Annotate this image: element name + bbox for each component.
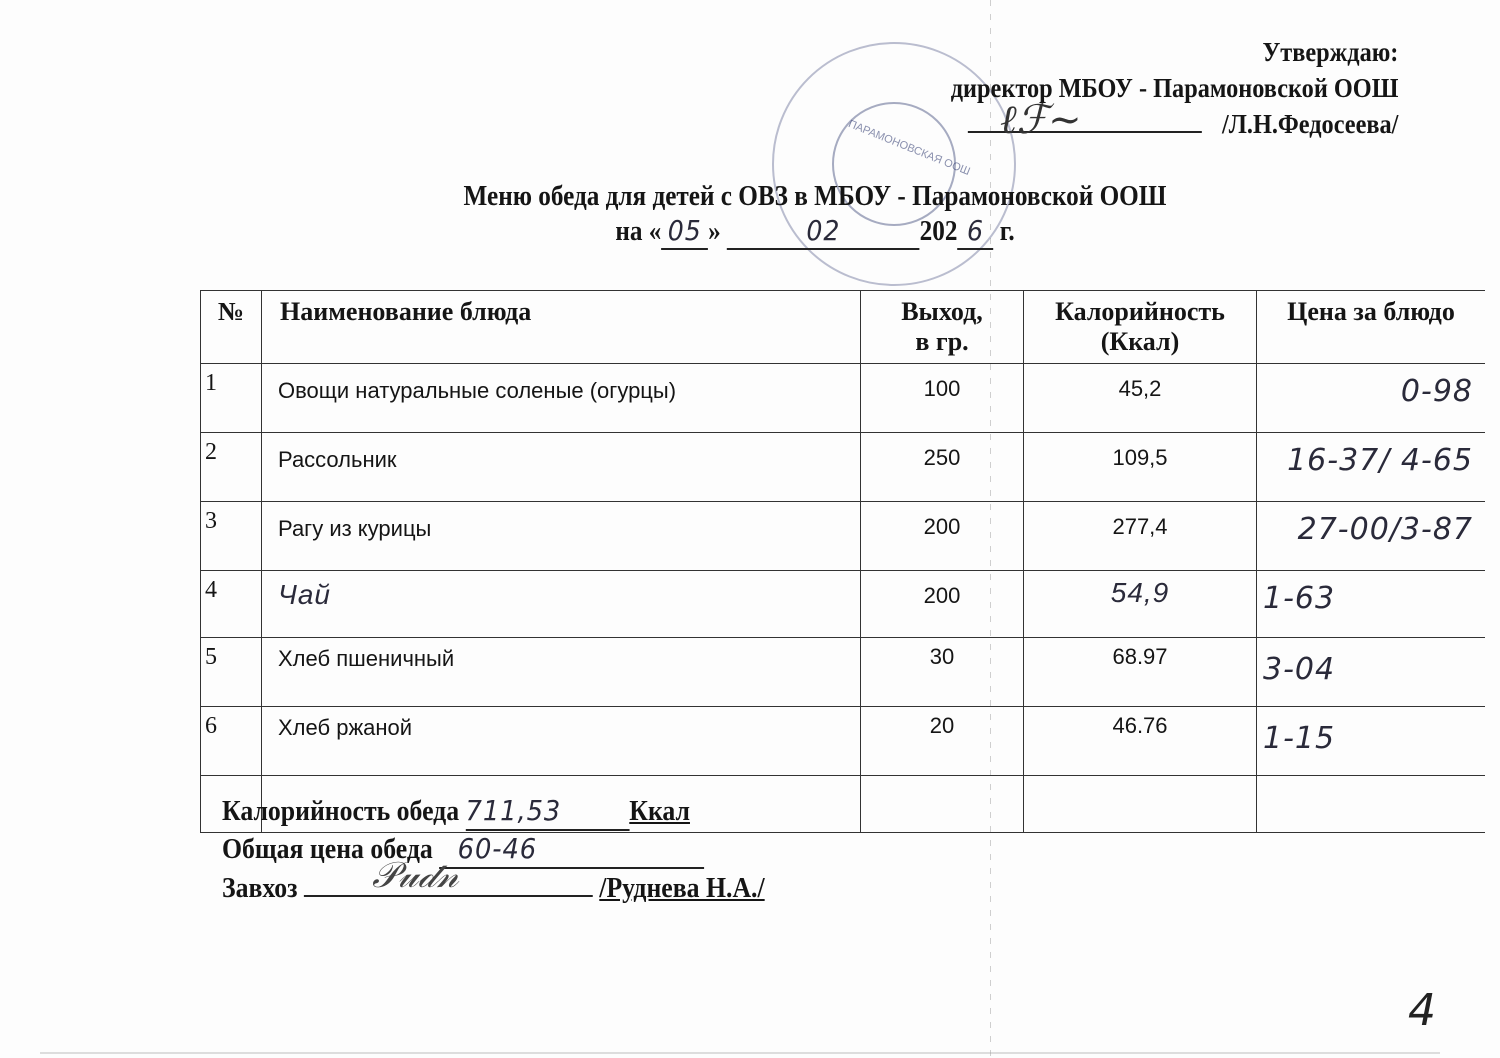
row-dish: Чай [262, 571, 861, 638]
date-month: 02 [727, 214, 920, 250]
row-price: 16-37/ 4-65 [1257, 433, 1486, 502]
date-prefix: на « [615, 216, 661, 247]
zavhoz-label: Завхоз [222, 873, 298, 904]
row-price: 27-00/3-87 [1257, 502, 1486, 571]
table-row: 2 Рассольник 250 109,5 16-37/ 4-65 [201, 433, 1486, 502]
row-num: 6 [201, 707, 262, 776]
approval-signature-row: /Л.Н.Федосеева/ [950, 106, 1398, 142]
row-output: 100 [861, 364, 1024, 433]
row-dish: Хлеб ржаной [262, 707, 861, 776]
total-kcal-label: Калорийность обеда [222, 796, 459, 827]
header-kcal: Калорийность (Ккал) [1024, 291, 1257, 364]
signature-line [968, 109, 1202, 133]
total-kcal-row: Калорийность обеда 711,53Ккал [222, 793, 765, 831]
row-num: 2 [201, 433, 262, 502]
menu-summary: Калорийность обеда 711,53Ккал Общая цена… [222, 793, 765, 907]
table-row: 5 Хлеб пшеничный 30 68.97 3-04 [201, 638, 1486, 707]
row-kcal: 46.76 [1024, 707, 1257, 776]
date-mid: » [708, 216, 721, 247]
header-name: Наименование блюда [262, 291, 861, 364]
row-kcal: 68.97 [1024, 638, 1257, 707]
empty-cell [1024, 776, 1257, 833]
total-price-row: Общая цена обеда 60-46 [222, 831, 765, 869]
approval-heading: Утверждаю: [950, 34, 1398, 70]
header-output-line2: в гр. [861, 327, 1023, 357]
menu-date: на «05» 022026 г. [82, 214, 1500, 250]
zavhoz-name: /Руднева Н.А./ [599, 873, 764, 904]
row-dish: Хлеб пшеничный [262, 638, 861, 707]
row-price: 1-15 [1257, 707, 1486, 776]
table-row: 1 Овощи натуральные соленые (огурцы) 100… [201, 364, 1486, 433]
row-price: 1-63 [1257, 571, 1486, 638]
row-dish: Рассольник [262, 433, 861, 502]
date-year-suffix: 6 [957, 214, 993, 250]
row-output: 30 [861, 638, 1024, 707]
menu-title-text: Меню обеда для детей с ОВЗ в МБОУ - Пара… [82, 180, 1500, 214]
total-kcal-unit: Ккал [629, 796, 690, 827]
approval-block: Утверждаю: директор МБОУ - Парамоновской… [950, 34, 1398, 142]
header-output: Выход, в гр. [861, 291, 1024, 364]
menu-title: Меню обеда для детей с ОВЗ в МБОУ - Пара… [82, 180, 1500, 250]
table-header-row: № Наименование блюда Выход, в гр. Калори… [201, 291, 1486, 364]
row-output: 200 [861, 571, 1024, 638]
total-price-value: 60-46 [439, 831, 704, 869]
row-num: 5 [201, 638, 262, 707]
date-day: 05 [661, 214, 708, 250]
row-kcal: 45,2 [1024, 364, 1257, 433]
row-output: 250 [861, 433, 1024, 502]
row-num: 1 [201, 364, 262, 433]
row-price: 3-04 [1257, 638, 1486, 707]
page-number: 4 [1408, 985, 1436, 1036]
zavhoz-signature: 𝒫𝓊𝒹𝓃 [372, 855, 459, 897]
menu-table: № Наименование блюда Выход, в гр. Калори… [200, 290, 1485, 833]
total-kcal-value: 711,53 [466, 793, 630, 831]
row-kcal: 277,4 [1024, 502, 1257, 571]
row-price: 0-98 [1257, 364, 1486, 433]
row-num: 4 [201, 571, 262, 638]
date-year-prefix: 202 [920, 216, 958, 247]
row-output: 20 [861, 707, 1024, 776]
zavhoz-row: Завхоз /Руднева Н.А./ [222, 869, 765, 907]
row-kcal: 109,5 [1024, 433, 1257, 502]
row-dish: Овощи натуральные соленые (огурцы) [262, 364, 861, 433]
header-kcal-line1: Калорийность [1024, 297, 1256, 327]
header-price: Цена за блюдо [1257, 291, 1486, 364]
table-row: 4 Чай 200 54,9 1-63 [201, 571, 1486, 638]
row-output: 200 [861, 502, 1024, 571]
row-kcal: 54,9 [1024, 571, 1257, 638]
approval-position: директор МБОУ - Парамоновской ООШ [950, 70, 1398, 106]
header-num: № [201, 291, 262, 364]
empty-cell [1257, 776, 1486, 833]
table-row: 3 Рагу из курицы 200 277,4 27-00/3-87 [201, 502, 1486, 571]
approval-signer: /Л.Н.Федосеева/ [1222, 109, 1398, 139]
document-page: ПАРАМОНОВСКАЯ ООШ Утверждаю: директор МБ… [0, 0, 1500, 1058]
header-kcal-line2: (Ккал) [1024, 327, 1256, 357]
header-output-line1: Выход, [861, 297, 1023, 327]
empty-cell [861, 776, 1024, 833]
table-row: 6 Хлеб ржаной 20 46.76 1-15 [201, 707, 1486, 776]
page-edge [40, 1052, 1440, 1054]
date-year-end: г. [1000, 216, 1015, 247]
row-num: 3 [201, 502, 262, 571]
row-dish: Рагу из курицы [262, 502, 861, 571]
